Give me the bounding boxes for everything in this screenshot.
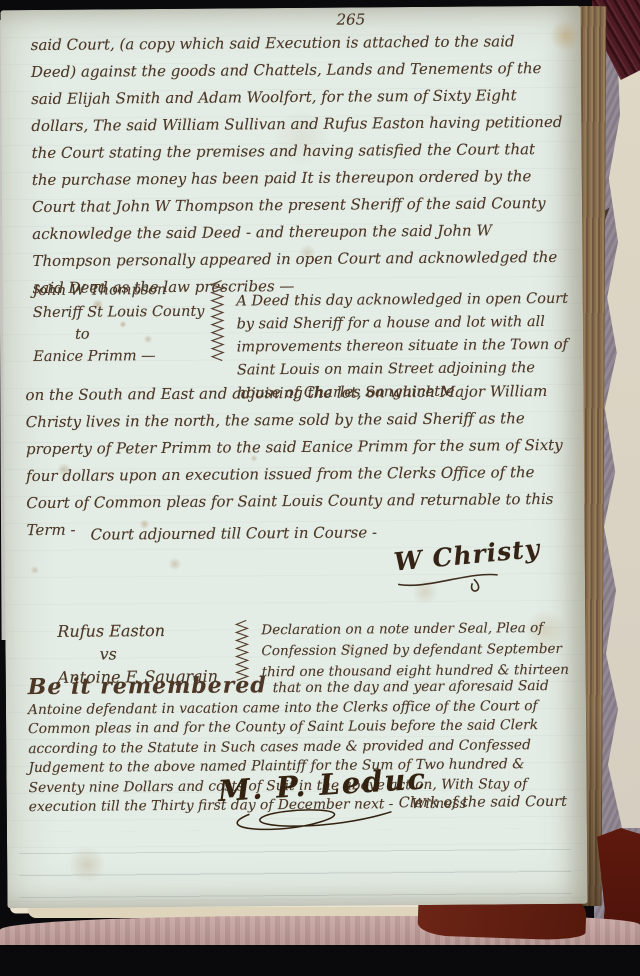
case1-party-2: Sheriff St Louis County: [33, 301, 205, 324]
court-order-paragraph: said Court, (a copy which said Execution…: [31, 28, 565, 302]
case1-party-4: Eanice Primm —: [33, 345, 205, 368]
be-it-remembered-phrase: Be it remembered: [28, 672, 273, 700]
case1-party-3: to: [75, 323, 205, 346]
case1-party-1: John W Thompson: [33, 279, 205, 302]
case2-party-1: Rufus Easton: [57, 619, 229, 643]
adjournment-line: Court adjourned till Court in Course -: [91, 523, 378, 543]
case1-parties: John W Thompson Sheriff St Louis County …: [33, 279, 205, 368]
case2-party-2: vs: [99, 642, 229, 666]
clerk-title: Clerk of the said Court: [399, 794, 567, 811]
deed-description-paragraph: on the South and East and adjoining the …: [25, 378, 576, 544]
manuscript-page: 265 said Court, (a copy which said Execu…: [0, 6, 587, 909]
page-number: 265: [336, 10, 365, 28]
judge-signature: W Christy: [393, 534, 544, 603]
blank-ruled-area: [19, 828, 572, 902]
scan-background: [0, 945, 640, 976]
ink-squiggle-brace-icon: [208, 279, 227, 367]
scan-photo: { "document": { "page_number": "265", "a…: [0, 0, 640, 976]
